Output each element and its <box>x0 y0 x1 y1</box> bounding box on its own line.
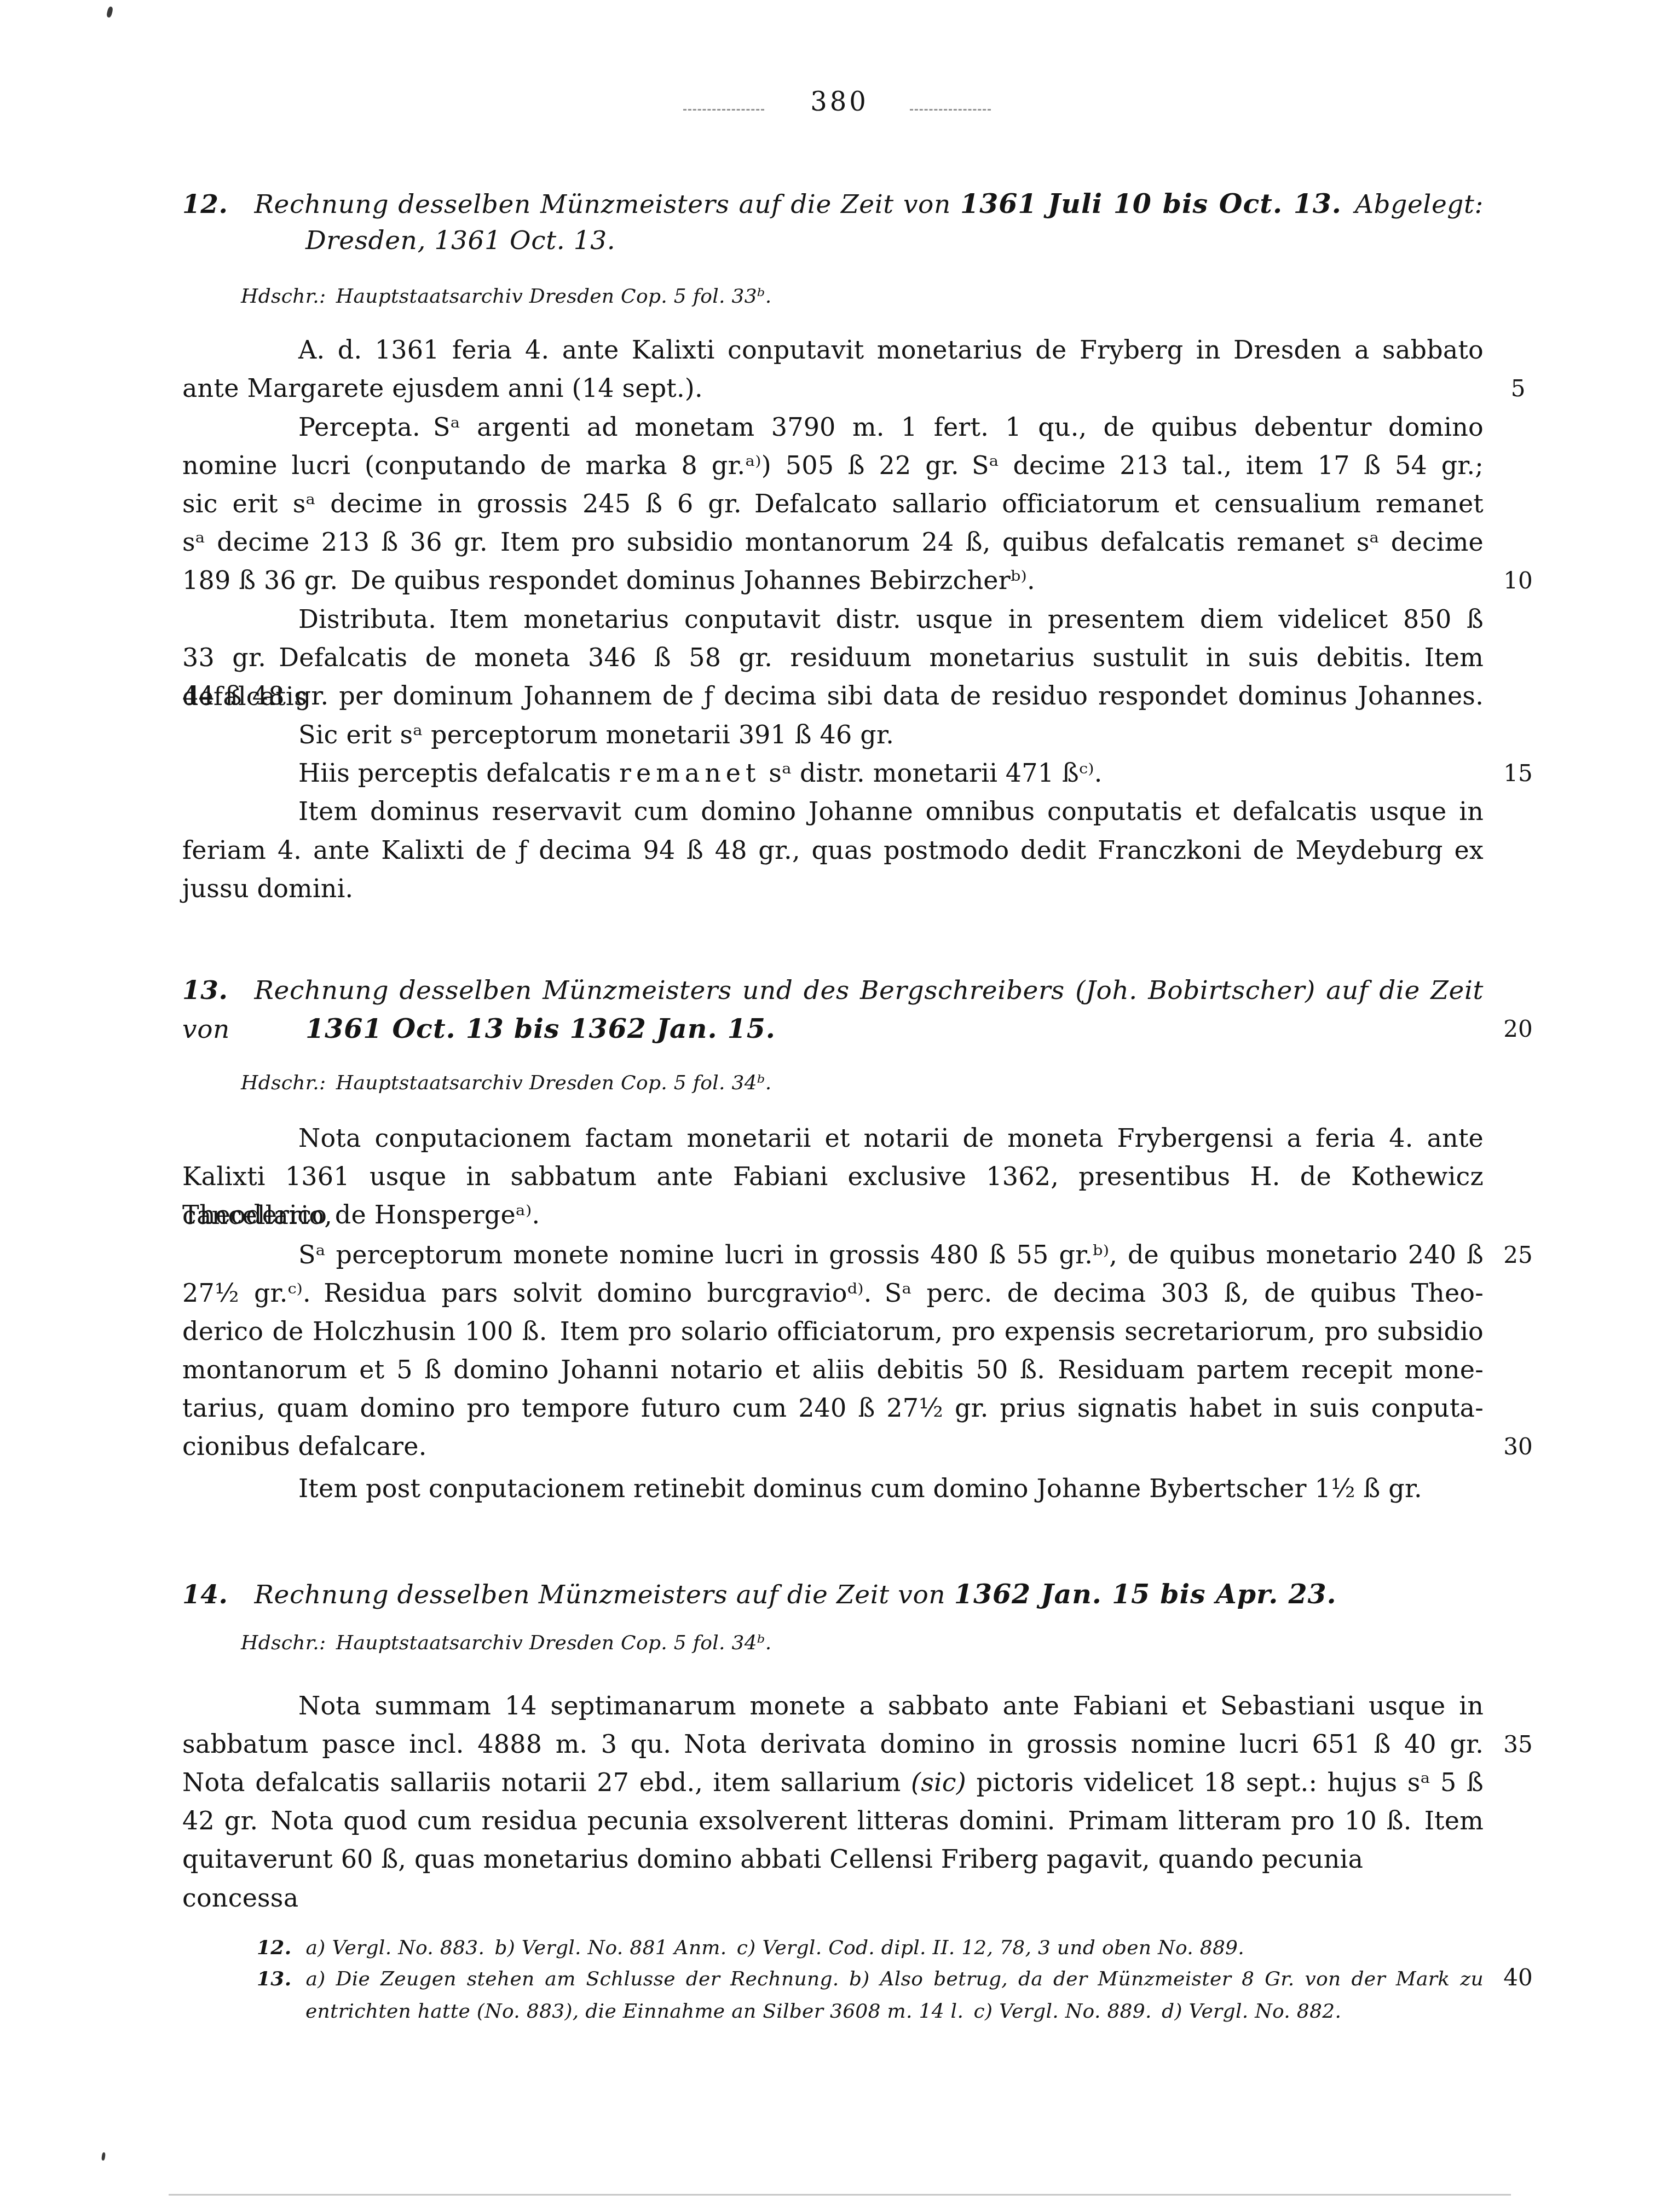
footnote-text: a) Die Zeugen stehen am Schlusse der Rec… <box>306 1968 1484 1990</box>
margin-line-number: 40 <box>1493 1958 1543 1997</box>
margin-line-number: 25 <box>1493 1235 1543 1274</box>
text-line: montanorum et 5 ß domino Johanni notario… <box>182 1350 1484 1389</box>
footnote-13-number: 13. <box>257 1967 292 1990</box>
text-line: 44 ß 48 gr. per dominum Johannem de ƒ de… <box>182 677 1484 715</box>
text-line: Percepta. Sᵃ argenti ad monetam 3790 m. … <box>182 408 1484 447</box>
scan-speck <box>106 6 114 18</box>
text-line: ante Margarete ejusdem anni (14 sept.). <box>182 369 1484 408</box>
text-line: Nota summam 14 septimanarum monete a sab… <box>182 1687 1484 1725</box>
text-line: feriam 4. ante Kalixti de ƒ decima 94 ß … <box>182 831 1484 870</box>
text-segment: Hiis perceptis defalcatis <box>298 758 619 788</box>
text-line: Item dominus reservavit cum domino Johan… <box>182 792 1484 831</box>
text-line: quitaverunt 60 ß, quas monetarius domino… <box>182 1840 1484 1918</box>
footnote-13-line1: 13.a) Die Zeugen stehen am Schlusse der … <box>182 1962 1484 1996</box>
margin-line-number: 5 <box>1493 369 1543 408</box>
header-dash-right <box>910 109 991 111</box>
text-line: sᵃ decime 213 ß 36 gr. Item pro subsidio… <box>182 523 1484 562</box>
scan-speck <box>101 2152 106 2161</box>
text-line: 27½ gr.ᶜ⁾. Residua pars solvit domino bu… <box>182 1274 1484 1313</box>
text-line: sabbatum pasce incl. 4888 m. 3 qu. Nota … <box>182 1725 1484 1764</box>
entry-13-heading-line2: 1361 Oct. 13 bis 1362 Jan. 15. <box>182 1009 1484 1048</box>
entry-12-source: Hdschr.: Hauptstaatsarchiv Dresden Cop. … <box>182 281 1484 312</box>
text-line: derico de Holczhusin 100 ß. Item pro sol… <box>182 1312 1484 1351</box>
text-line: Hiis perceptis defalcatis remanet sᵃ dis… <box>182 754 1484 793</box>
margin-line-number: 10 <box>1493 561 1543 600</box>
text-segment: pictoris videlicet 18 sept.: hujus sᵃ 5 … <box>966 1768 1484 1797</box>
entry-14-number: 14. <box>182 1580 228 1610</box>
margin-line-number: 15 <box>1493 754 1543 793</box>
page-bottom-rule <box>169 2194 1511 2196</box>
margin-line-number: 35 <box>1493 1725 1543 1764</box>
text-segment: sᵃ distr. monetarii 471 ßᶜ⁾. <box>761 758 1103 788</box>
footnote-12-number: 12. <box>257 1936 292 1959</box>
text-line: Theoderico de Honspergeᵃ⁾. <box>182 1195 1484 1234</box>
text-line: Nota defalcatis sallariis notarii 27 ebd… <box>182 1763 1484 1802</box>
emphasized-word: remanet <box>619 758 761 788</box>
document-page: 380 12.Rechnung desselben Münzmeisters a… <box>0 0 1679 2212</box>
margin-line-number: 20 <box>1493 1009 1543 1048</box>
footnote-text: a) Vergl. No. 883. b) Vergl. No. 881 Anm… <box>306 1937 1245 1959</box>
entry-12-number: 12. <box>182 189 228 220</box>
text-line: 42 gr. Nota quod cum residua pecunia exs… <box>182 1801 1484 1840</box>
entry-12-date-range: 1361 Juli 10 bis Oct. 13. <box>960 188 1342 220</box>
entry-14-date-range: 1362 Jan. 15 bis Apr. 23. <box>954 1578 1337 1610</box>
text-line: Nota conputacionem factam monetarii et n… <box>182 1119 1484 1158</box>
text-line: Item post conputacionem retinebit dominu… <box>182 1469 1484 1508</box>
entry-12-heading-line1: 12.Rechnung desselben Münzmeisters auf d… <box>182 184 1484 224</box>
text-line: nomine lucri (conputando de marka 8 gr.ᵃ… <box>182 446 1484 485</box>
margin-line-number: 30 <box>1493 1427 1543 1466</box>
text-line: cionibus defalcare. <box>182 1427 1484 1466</box>
entry-14-heading: 14.Rechnung desselben Münzmeisters auf d… <box>182 1575 1484 1614</box>
text-line: Sᵃ perceptorum monete nomine lucri in gr… <box>182 1235 1484 1274</box>
page-number: 380 <box>0 85 1679 118</box>
entry-12-abgelegt: Abgelegt: <box>1342 189 1484 220</box>
entry-12-title: Rechnung desselben Münzmeisters auf die … <box>255 189 960 220</box>
footnote-13-line2: entrichten hatte (No. 883), die Einnahme… <box>182 1995 1484 2028</box>
entry-14-source: Hdschr.: Hauptstaatsarchiv Dresden Cop. … <box>182 1628 1484 1659</box>
header-dash-left <box>683 109 764 111</box>
text-line: 189 ß 36 gr. De quibus respondet dominus… <box>182 561 1484 600</box>
text-line: Distributa. Item monetarius conputavit d… <box>182 600 1484 639</box>
text-line: tarius, quam domino pro tempore futuro c… <box>182 1389 1484 1428</box>
text-line: sic erit sᵃ decime in grossis 245 ß 6 gr… <box>182 484 1484 523</box>
entry-13-number: 13. <box>182 975 228 1006</box>
sic-marker: (sic) <box>911 1768 966 1797</box>
entry-13-source: Hdschr.: Hauptstaatsarchiv Dresden Cop. … <box>182 1068 1484 1099</box>
text-line: A. d. 1361 feria 4. ante Kalixti conputa… <box>182 331 1484 369</box>
text-line: Sic erit sᵃ perceptorum monetarii 391 ß … <box>182 715 1484 754</box>
footnote-12: 12.a) Vergl. No. 883. b) Vergl. No. 881 … <box>182 1931 1484 1965</box>
text-segment: Nota defalcatis sallariis notarii 27 ebd… <box>182 1768 911 1797</box>
text-line: jussu domini. <box>182 869 1484 908</box>
entry-14-title: Rechnung desselben Münzmeisters auf die … <box>255 1580 954 1610</box>
entry-12-heading-line2: Dresden, 1361 Oct. 13. <box>182 221 1484 260</box>
